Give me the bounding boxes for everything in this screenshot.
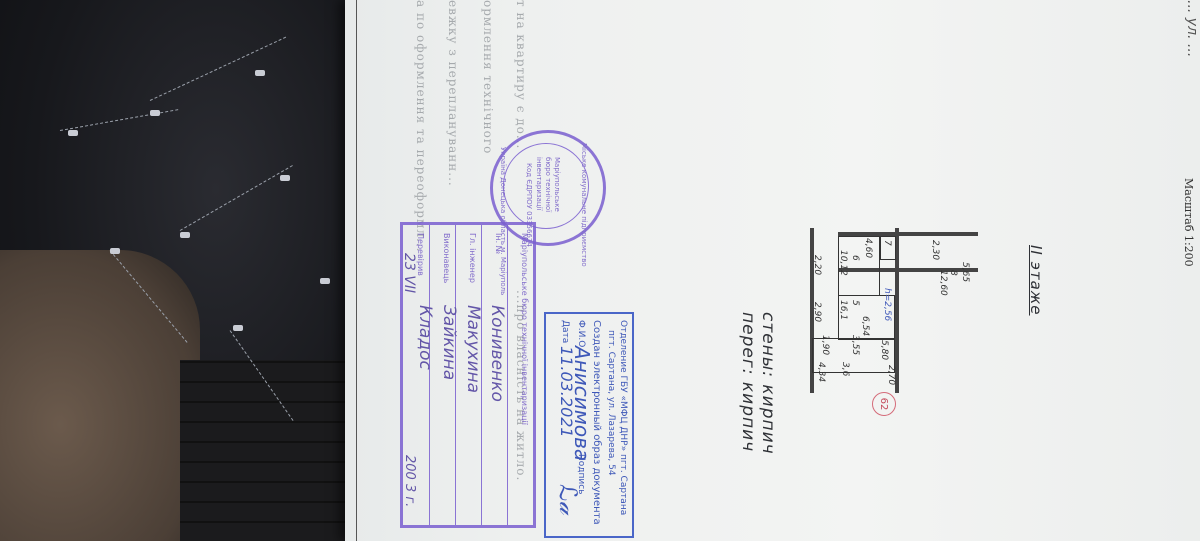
bath-dimension: 2,70	[886, 365, 896, 385]
seat-knot	[68, 130, 78, 136]
round-stamp-text: Маріупольське бюро технічної інвентариза…	[534, 157, 561, 217]
mfc-stamp: Отделение ГБУ «МФЦ ДНР» пгт. Сартана пгт…	[544, 312, 634, 538]
room-8-number: 8	[948, 270, 958, 276]
mfc-stamp-label: Дата	[560, 320, 570, 343]
seat-knot	[280, 175, 290, 181]
room-8-dimension: 5,65	[960, 262, 970, 282]
stamp-row-value: Зайкина	[439, 305, 459, 380]
room-5-dimension: 2,90	[812, 302, 822, 322]
room-7-number: 7	[882, 240, 892, 246]
round-stamp-text: Міське комунальне підприємство	[579, 143, 588, 267]
mfc-stamp-text: пгт. Сартана, ул. Лазарева, 54	[606, 330, 616, 476]
faint-text-line: а по оформлення та переоформл...	[414, 0, 428, 252]
floor-label: II этаже	[1027, 245, 1045, 316]
faint-text-line: т на квартиру є до...	[514, 0, 528, 149]
stamp-date: 23 VII	[401, 253, 417, 293]
room-6-dimension: 2,20	[812, 255, 822, 275]
mfc-handwritten-date: 11.03.2021	[557, 346, 576, 438]
faint-text-line: ормлення технічного	[481, 0, 495, 154]
page-number-badge: 62	[872, 392, 896, 416]
stamp-row-value: Кладос	[415, 305, 435, 370]
stamp-row-value: Конивенко	[487, 305, 507, 402]
seat-knot	[110, 248, 120, 254]
room-6-dimension: 4,60	[863, 238, 873, 258]
bath-area: 4,34	[816, 362, 826, 382]
bath-dimension: 5,80	[879, 340, 889, 360]
room-8-dimension: 2,30	[930, 240, 940, 260]
room-5-area: 16,1	[838, 300, 848, 320]
stamp-row-label: Ін. №	[494, 233, 503, 254]
stamp-row-label: Гл. інженер	[468, 233, 477, 283]
faint-text-line: евжку з переплануванн...	[446, 0, 460, 187]
stamp-header: Маріупольське бюро технічної інвентариза…	[520, 233, 529, 425]
room-5-dimension: 6,54	[860, 316, 870, 336]
car-floor	[0, 250, 200, 541]
stamp-divider	[429, 225, 430, 525]
seat-knot	[233, 325, 243, 331]
room-6-number: 6	[850, 255, 860, 261]
floors-material-label: перег: кирпич	[738, 312, 758, 452]
bath-dimension: 3,6	[840, 362, 850, 376]
stamp-year: 200 3 г.	[402, 455, 417, 507]
seat-knot	[320, 278, 330, 284]
room-6-area: 10,12	[838, 250, 848, 276]
room-5-number: 5	[850, 300, 860, 306]
stamp-row-value: Макухина	[463, 305, 483, 393]
room-8-area: 12,60	[938, 270, 948, 296]
stamp-divider	[507, 225, 508, 525]
seat-knot	[255, 70, 265, 76]
mfc-stamp-text: Отделение ГБУ «МФЦ ДНР» пгт. Сартана	[618, 320, 628, 515]
seat-knot	[180, 232, 190, 238]
page-border-line	[356, 0, 357, 541]
bath-dimension: 3,55	[850, 335, 860, 355]
bath-dimension: 1,90	[820, 335, 830, 355]
walls-material-label: стены: кирпич	[758, 312, 778, 455]
ceiling-height-label: h=2,56	[882, 288, 892, 321]
signature: ℒ𝒶	[554, 484, 582, 514]
stamp-row-label: Виконавець	[442, 233, 451, 283]
scale-label: Масштаб 1:200	[1182, 178, 1195, 267]
stamp-row-label: Перевірив	[416, 233, 425, 276]
seat-knot	[150, 110, 160, 116]
top-handwriting: ... ул. ...	[1184, 0, 1200, 57]
inventory-stamp: Маріупольське бюро технічної інвентариза…	[400, 222, 536, 528]
